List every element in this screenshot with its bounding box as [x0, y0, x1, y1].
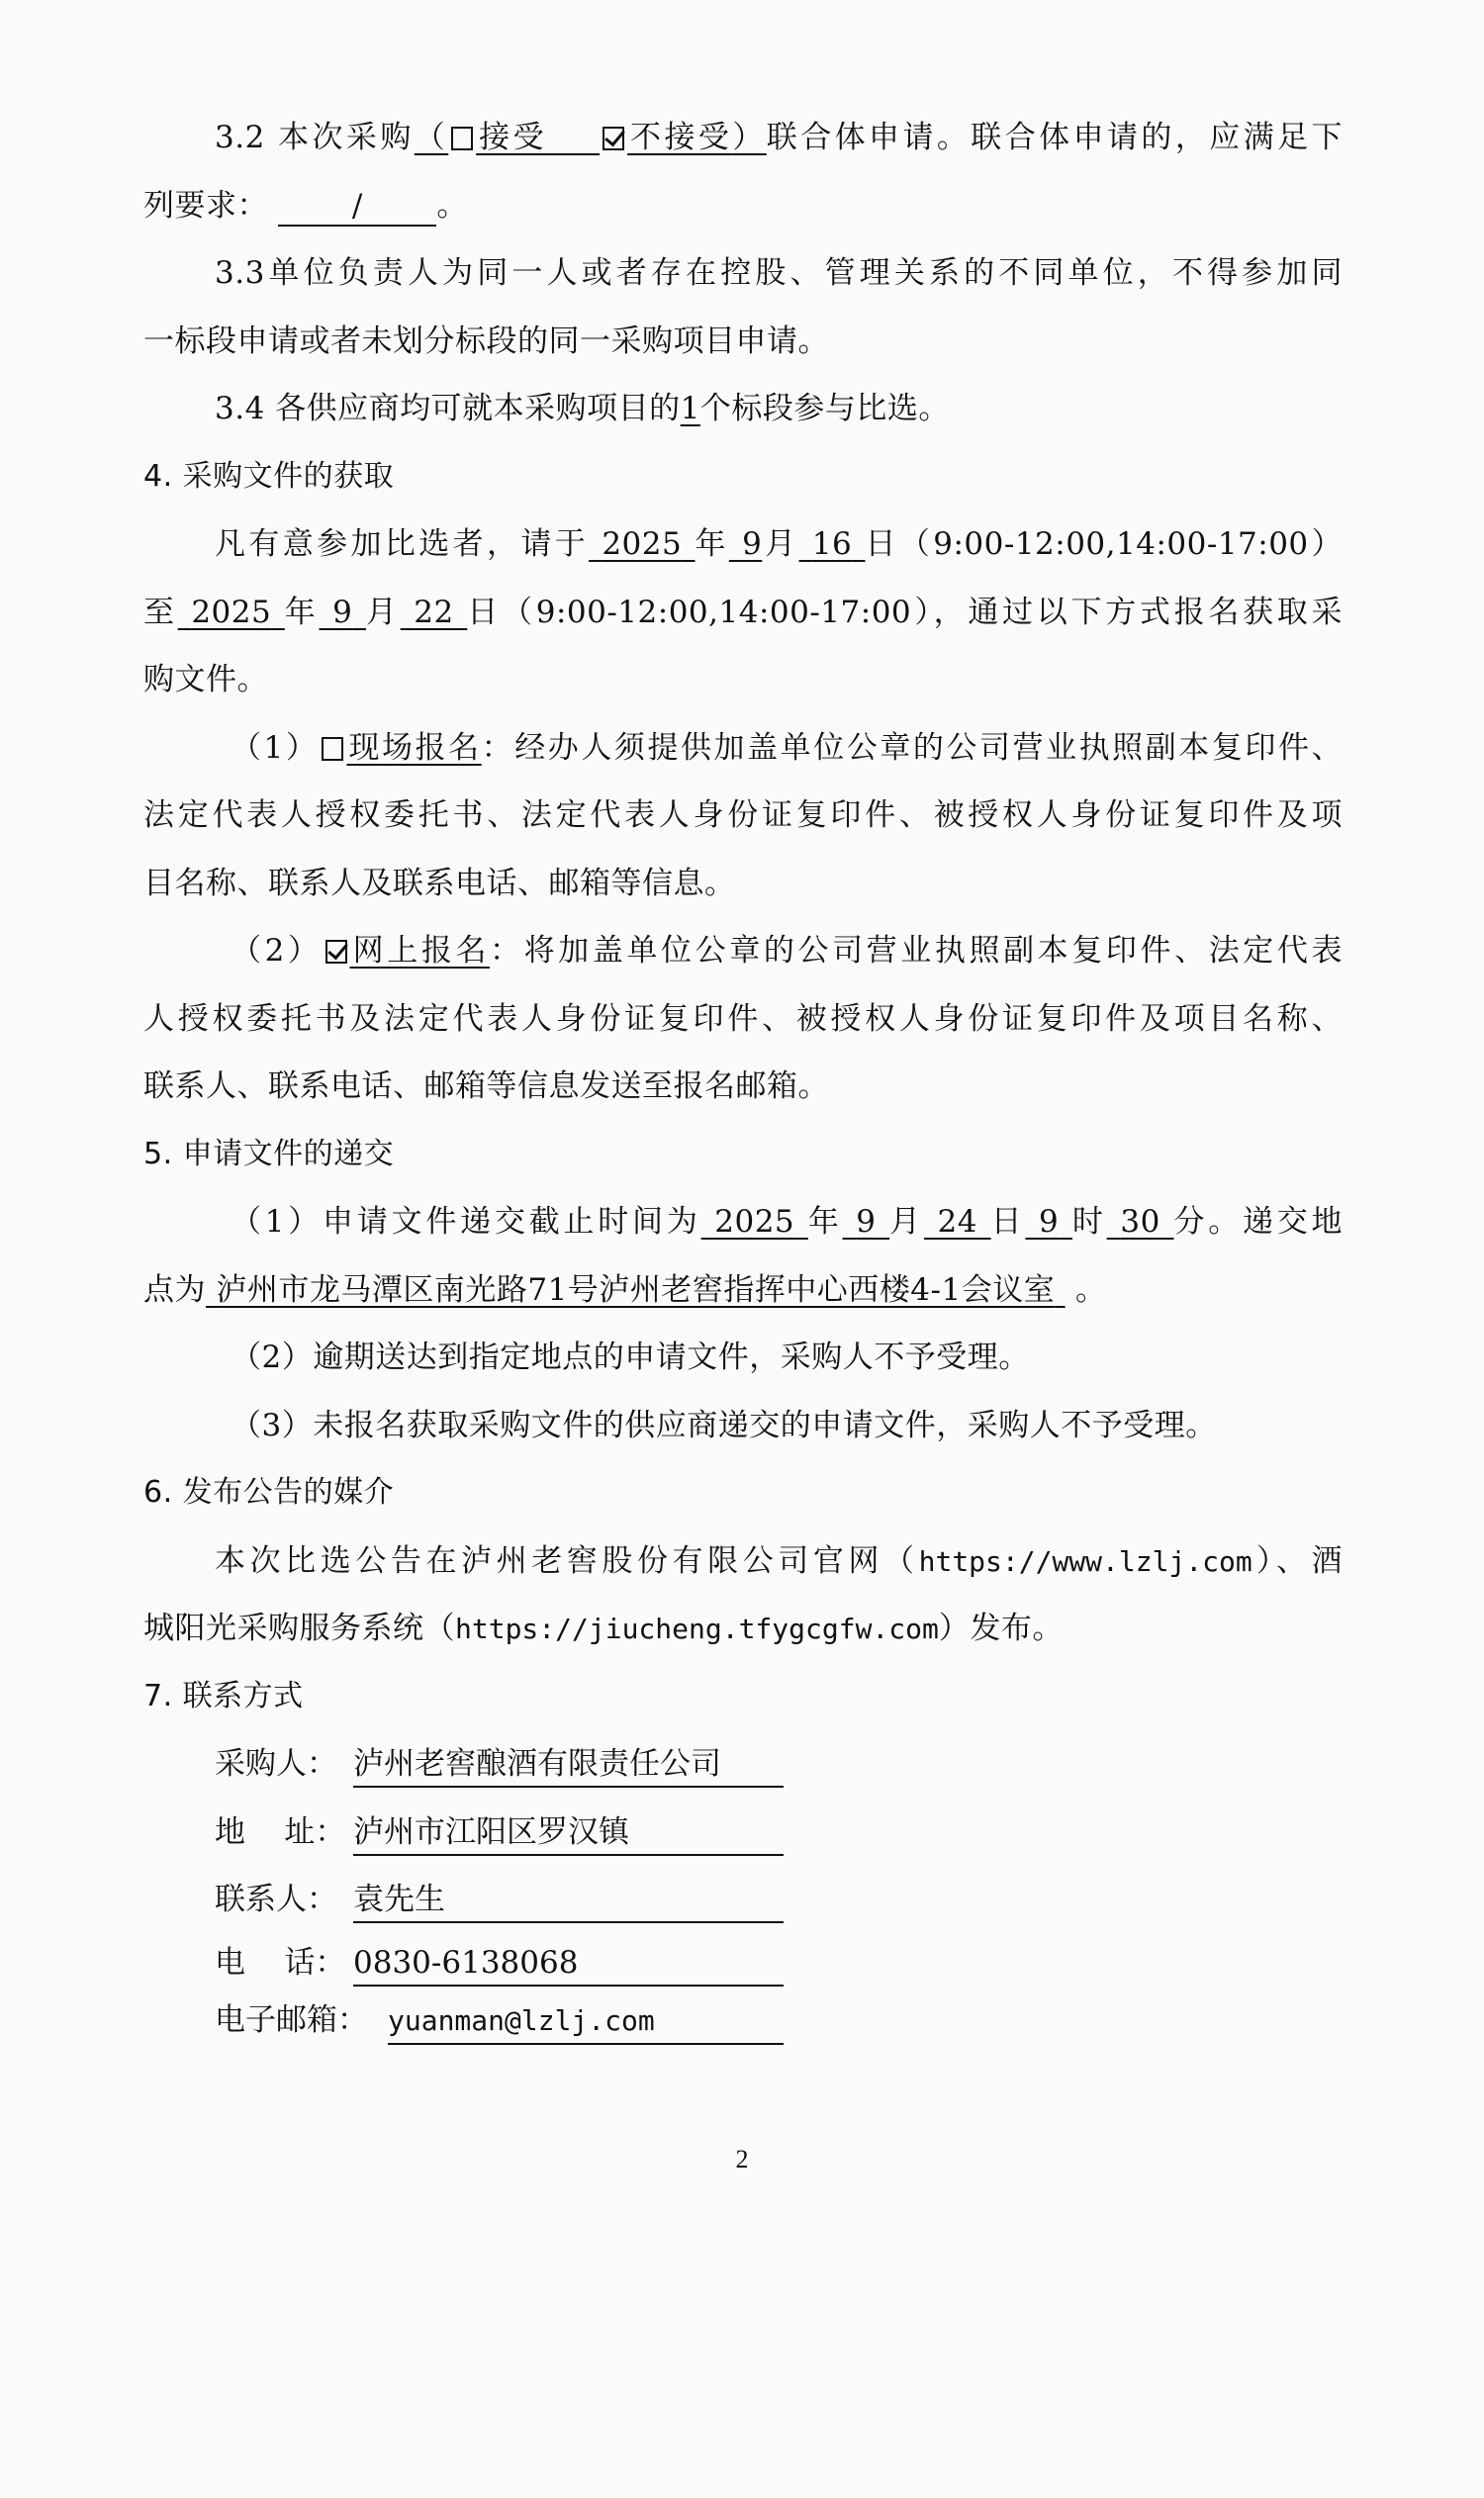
- onsite-label: 现场报名: [346, 730, 481, 766]
- onsite-checkbox-icon: [322, 737, 343, 761]
- lot-count: 1: [681, 391, 700, 426]
- contact-label: 电子邮箱：: [215, 1991, 388, 2049]
- minute-label: 分。递交地: [1173, 1204, 1343, 1240]
- deadline-hour-value: 9: [1039, 1204, 1059, 1240]
- to-label: 至: [143, 595, 178, 630]
- online-registration-line1: （2）网上报名：将加盖单位公章的公司营业执照副本复印件、法定代表: [143, 917, 1343, 985]
- online-label: 网上报名: [350, 933, 491, 969]
- media-line2: 城阳光采购服务系统（https://jiucheng.tfygcgfw.com）…: [143, 1595, 1343, 1663]
- end-month: 9: [320, 595, 366, 630]
- deadline-line1: （1）申请文件递交截止时间为 2025 年 9 月 24 日 9 时 30 分。…: [143, 1188, 1343, 1256]
- purchaser-value: 泸州老窖酿酒有限责任公司: [353, 1742, 784, 1788]
- contact-person: 联系人：袁先生: [215, 1866, 1343, 1934]
- clause-3-4-suffix: 个标段参与比选。: [700, 391, 950, 426]
- clause-3-4: 3.4 各供应商均可就本采购项目的1个标段参与比选。: [143, 375, 1343, 443]
- section-4-intro-line3: 购文件。: [143, 646, 1343, 714]
- unregistered-submission-note: （3）未报名获取采购文件的供应商递交的申请文件，采购人不予受理。: [143, 1392, 1343, 1460]
- deadline-day-value: 24: [938, 1204, 977, 1240]
- period: 。: [1075, 1272, 1107, 1308]
- onsite-text: ：经办人须提供加盖单位公章的公司营业执照副本复印件、: [482, 730, 1343, 766]
- media-text-suffix: ）、酒: [1252, 1543, 1343, 1579]
- onsite-registration-line2: 法定代表人授权委托书、法定代表人身份证复印件、被授权人身份证复印件及项: [143, 782, 1343, 850]
- clause-3-2-prefix: 3.2 本次采购: [215, 120, 415, 155]
- deadline-hour: 9: [1025, 1204, 1072, 1240]
- start-year-value: 2025: [602, 526, 682, 562]
- deadline-month: 9: [843, 1204, 890, 1240]
- document-page: 3.2 本次采购（接受 不接受）联合体申请。联合体申请的，应满足下 列要求： /…: [143, 104, 1343, 2049]
- deadline-year: 2025: [701, 1204, 808, 1240]
- start-year: 2025: [589, 526, 695, 562]
- online-text: ：将加盖单位公章的公司营业执照副本复印件、法定代表: [490, 933, 1343, 969]
- page-number: 2: [0, 2145, 1484, 2174]
- year-label: 年: [285, 595, 320, 630]
- clause-3-2-suffix: 联合体申请。联合体申请的，应满足下: [767, 120, 1343, 155]
- online-registration-option: 网上报名: [323, 933, 491, 969]
- day-label: 日: [991, 1204, 1026, 1240]
- accept-option-label: 接受: [476, 120, 547, 155]
- section-6-heading: 6. 发布公告的媒介: [143, 1459, 1343, 1527]
- start-day-value: 16: [812, 526, 852, 562]
- end-year-value: 2025: [191, 595, 271, 630]
- contact-label: 地 址：: [215, 1799, 353, 1867]
- hour-label: 时: [1072, 1204, 1107, 1240]
- section-7-heading: 7. 联系方式: [143, 1663, 1343, 1731]
- requirements-blank: /: [278, 187, 436, 227]
- deadline-line2: 点为 泸州市龙马潭区南光路71号泸州老窖指挥中心西楼4-1会议室 。: [143, 1256, 1343, 1325]
- contact-label: 采购人：: [215, 1730, 353, 1799]
- email-link[interactable]: yuanman@lzlj.com: [388, 1999, 784, 2045]
- phone-value: 0830-6138068: [353, 1941, 784, 1987]
- deadline-year-value: 2025: [714, 1204, 794, 1240]
- contact-address: 地 址：泸州市江阳区罗汉镇: [215, 1799, 1343, 1867]
- section-4-intro-line2: 至 2025 年 9 月 22 日（9:00-12:00,14:00-17:00…: [143, 579, 1343, 647]
- clause-3-3-line2: 一标段申请或者未划分标段的同一采购项目申请。: [143, 308, 1343, 376]
- day-label: 日: [865, 526, 898, 562]
- reject-option-label: 不接受: [627, 120, 732, 155]
- online-registration-line2: 人授权委托书及法定代表人身份证复印件、被授权人身份证复印件及项目名称、: [143, 985, 1343, 1054]
- online-checkbox-checked-icon: [325, 940, 347, 964]
- deadline-month-value: 9: [856, 1204, 876, 1240]
- clause-3-3-line1: 3.3单位负责人为同一人或者存在控股、管理关系的不同单位，不得参加同: [143, 239, 1343, 308]
- onsite-registration-line3: 目名称、联系人及联系电话、邮箱等信息。: [143, 850, 1343, 918]
- deadline-day: 24: [924, 1204, 991, 1240]
- deadline-prefix: （1）申请文件递交截止时间为: [231, 1204, 701, 1240]
- office-hours-2: （9:00-12:00,14:00-17:00），通过以下方式报名获取采: [502, 595, 1343, 630]
- contact-list: 采购人：泸州老窖酿酒有限责任公司 地 址：泸州市江阳区罗汉镇 联系人：袁先生 电…: [143, 1730, 1343, 2049]
- clause-3-2-line2: 列要求： /。: [143, 172, 1343, 240]
- clause-3-4-prefix: 3.4 各供应商均可就本采购项目的: [215, 391, 681, 426]
- consortium-options: （接受 不接受）: [415, 120, 767, 155]
- contact-label: 联系人：: [215, 1866, 353, 1934]
- location-label: 点为: [143, 1272, 206, 1308]
- media-line1: 本次比选公告在泸州老窖股份有限公司官网（https://www.lzlj.com…: [143, 1527, 1343, 1596]
- office-hours: （9:00-12:00,14:00-17:00）: [899, 526, 1343, 562]
- item-number: （1）: [231, 730, 319, 766]
- contact-person-value: 袁先生: [353, 1878, 784, 1923]
- month-label: 月: [889, 1204, 924, 1240]
- submission-location-value: 泸州市龙马潭区南光路71号泸州老窖指挥中心西楼4-1会议室: [216, 1272, 1055, 1308]
- lzlj-website-link[interactable]: https://www.lzlj.com: [919, 1545, 1252, 1578]
- section-5-heading: 5. 申请文件的递交: [143, 1121, 1343, 1189]
- item-number: （2）: [231, 933, 323, 969]
- end-month-value: 9: [332, 595, 352, 630]
- section-4-heading: 4. 采购文件的获取: [143, 443, 1343, 511]
- deadline-minute-value: 30: [1120, 1204, 1159, 1240]
- start-month-value: 9: [742, 526, 762, 562]
- accept-checkbox-icon: [451, 127, 473, 150]
- clause-3-2-line1: 3.2 本次采购（接受 不接受）联合体申请。联合体申请的，应满足下: [143, 104, 1343, 172]
- media-text: 本次比选公告在泸州老窖股份有限公司官网（: [215, 1543, 919, 1579]
- paren-close: ）: [732, 120, 766, 155]
- contact-phone: 电 话：0830-6138068: [215, 1934, 1343, 1991]
- contact-email: 电子邮箱：yuanman@lzlj.com: [215, 1991, 1343, 2049]
- contact-purchaser: 采购人：泸州老窖酿酒有限责任公司: [215, 1730, 1343, 1799]
- reject-checkbox-checked-icon: [603, 127, 624, 150]
- year-label: 年: [695, 526, 728, 562]
- month-label: 月: [366, 595, 401, 630]
- deadline-minute: 30: [1107, 1204, 1174, 1240]
- late-submission-note: （2）逾期送达到指定地点的申请文件，采购人不予受理。: [143, 1324, 1343, 1392]
- address-value: 泸州市江阳区罗汉镇: [353, 1810, 784, 1856]
- day-label: 日: [467, 595, 502, 630]
- onsite-registration-line1: （1）现场报名：经办人须提供加盖单位公章的公司营业执照副本复印件、: [143, 714, 1343, 783]
- end-year: 2025: [178, 595, 285, 630]
- intro-text: 凡有意参加比选者，请于: [215, 526, 589, 562]
- end-day: 22: [401, 595, 468, 630]
- period: 。: [436, 188, 468, 224]
- onsite-registration-option: 现场报名: [319, 730, 481, 766]
- media-text-2: 城阳光采购服务系统（: [143, 1611, 455, 1646]
- online-registration-line3: 联系人、联系电话、邮箱等信息发送至报名邮箱。: [143, 1053, 1343, 1121]
- media-text-2-suffix: ）发布。: [939, 1611, 1064, 1646]
- requirements-label: 列要求：: [143, 188, 268, 224]
- jiucheng-website-link[interactable]: https://jiucheng.tfygcgfw.com: [455, 1613, 939, 1645]
- year-label: 年: [808, 1204, 843, 1240]
- month-label: 月: [762, 526, 798, 562]
- contact-label: 电 话：: [215, 1934, 353, 1991]
- start-day: 16: [799, 526, 866, 562]
- start-month: 9: [729, 526, 762, 562]
- submission-location: 泸州市龙马潭区南光路71号泸州老窖指挥中心西楼4-1会议室: [206, 1272, 1066, 1308]
- end-day-value: 22: [414, 595, 453, 630]
- paren-open: （: [415, 120, 448, 155]
- section-4-intro-line1: 凡有意参加比选者，请于 2025 年 9月 16 日（9:00-12:00,14…: [143, 510, 1343, 579]
